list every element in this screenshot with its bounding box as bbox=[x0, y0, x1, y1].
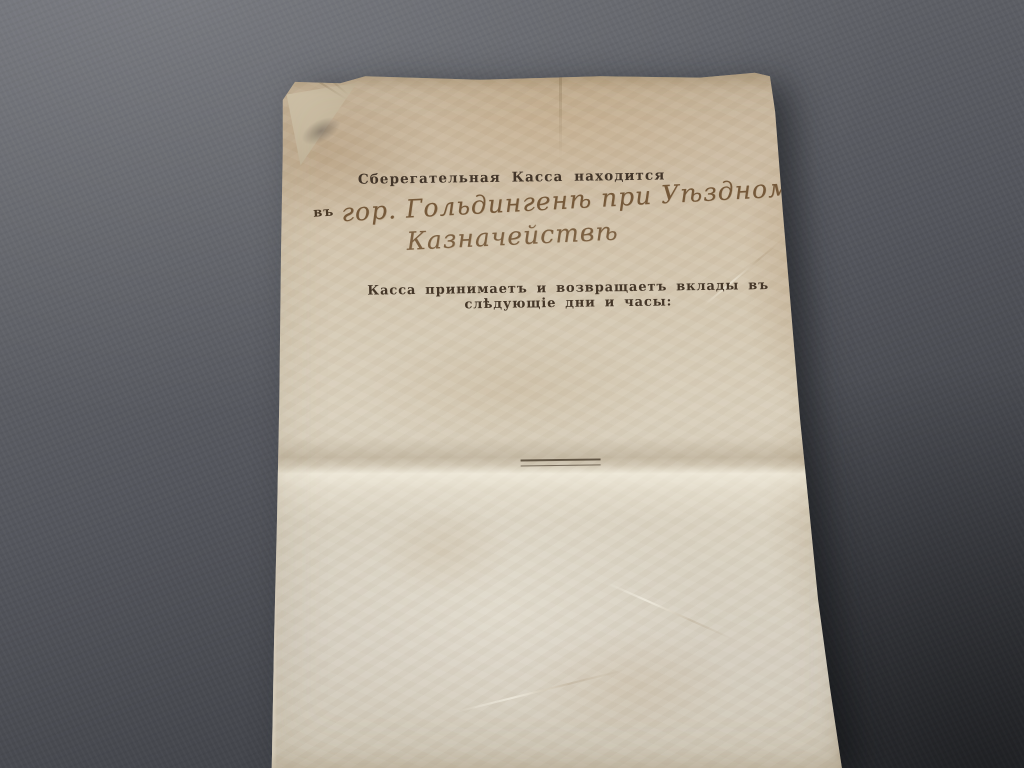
photo-vignette bbox=[0, 0, 1024, 768]
photo-of-document: Сберегательная Касса находится въгор. Го… bbox=[0, 0, 1024, 768]
